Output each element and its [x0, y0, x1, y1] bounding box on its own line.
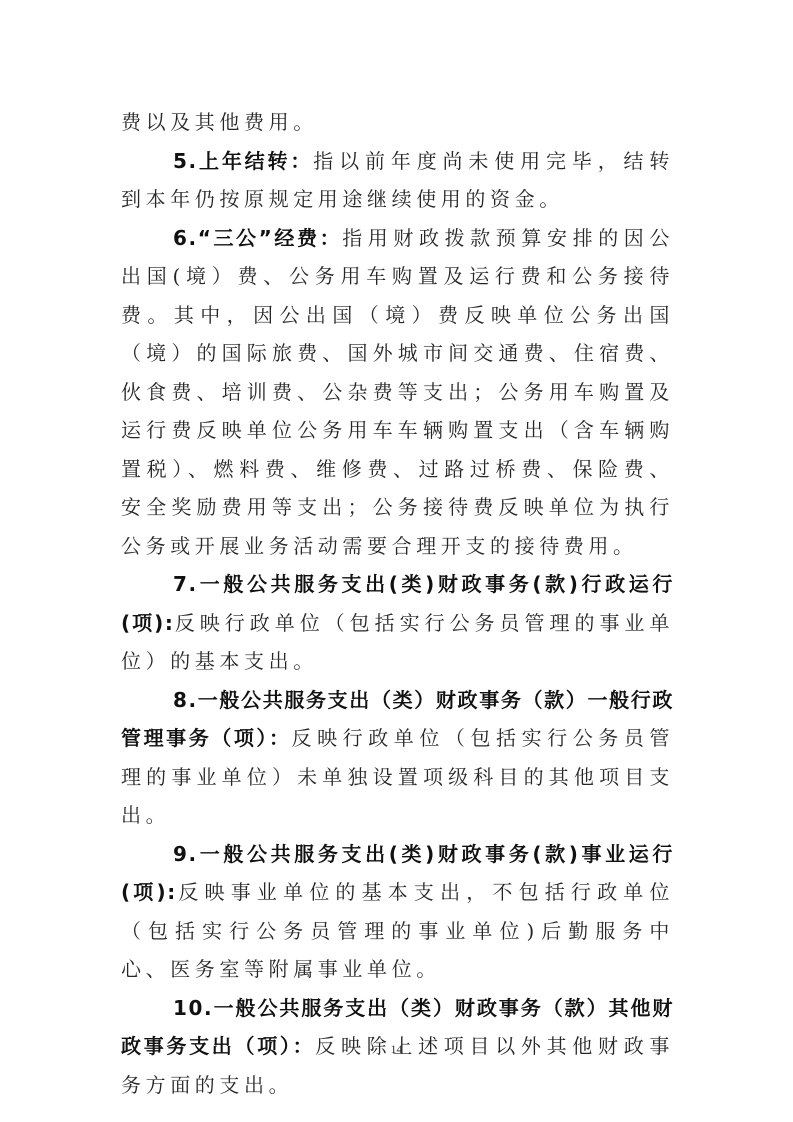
- paragraph-item-5: 5.上年结转：指以前年度尚未使用完毕，结转到本年仍按原规定用途继续使用的资金。: [121, 142, 674, 219]
- page-body: 费以及其他费用。 5.上年结转：指以前年度尚未使用完毕，结转到本年仍按原规定用途…: [121, 103, 674, 1104]
- paragraph-text: 反映事业单位的基本支出，不包括行政单位（包括实行公务员管理的事业单位)后勤服务中…: [121, 880, 674, 981]
- page-number: 14: [0, 1042, 793, 1057]
- paragraph-text: 反映行政单位（包括实行公务员管理的事业单位）的基本支出。: [121, 611, 674, 674]
- paragraph-item-8: 8.一般公共服务支出（类）财政事务（款）一般行政管理事务（项）：反映行政单位（包…: [121, 681, 674, 835]
- paragraph-item-9: 9.一般公共服务支出(类)财政事务(款)事业运行(项):反映事业单位的基本支出，…: [121, 835, 674, 989]
- paragraph-text: 费以及其他费用。: [121, 110, 318, 134]
- paragraph-item-7: 7.一般公共服务支出(类)财政事务(款)行政运行(项):反映行政单位（包括实行公…: [121, 565, 674, 681]
- paragraph-item-6: 6.“三公”经费：指用财政拨款预算安排的因公出国(境）费、公务用车购置及运行费和…: [121, 219, 674, 566]
- paragraph-heading: 5.上年结转：: [173, 149, 313, 173]
- paragraph-continuation: 费以及其他费用。: [121, 103, 674, 142]
- document-page: 费以及其他费用。 5.上年结转：指以前年度尚未使用完毕，结转到本年仍按原规定用途…: [0, 0, 793, 1122]
- paragraph-text: 指用财政拨款预算安排的因公出国(境）费、公务用车购置及运行费和公务接待费。其中，…: [121, 226, 674, 558]
- paragraph-heading: 6.“三公”经费：: [173, 226, 342, 250]
